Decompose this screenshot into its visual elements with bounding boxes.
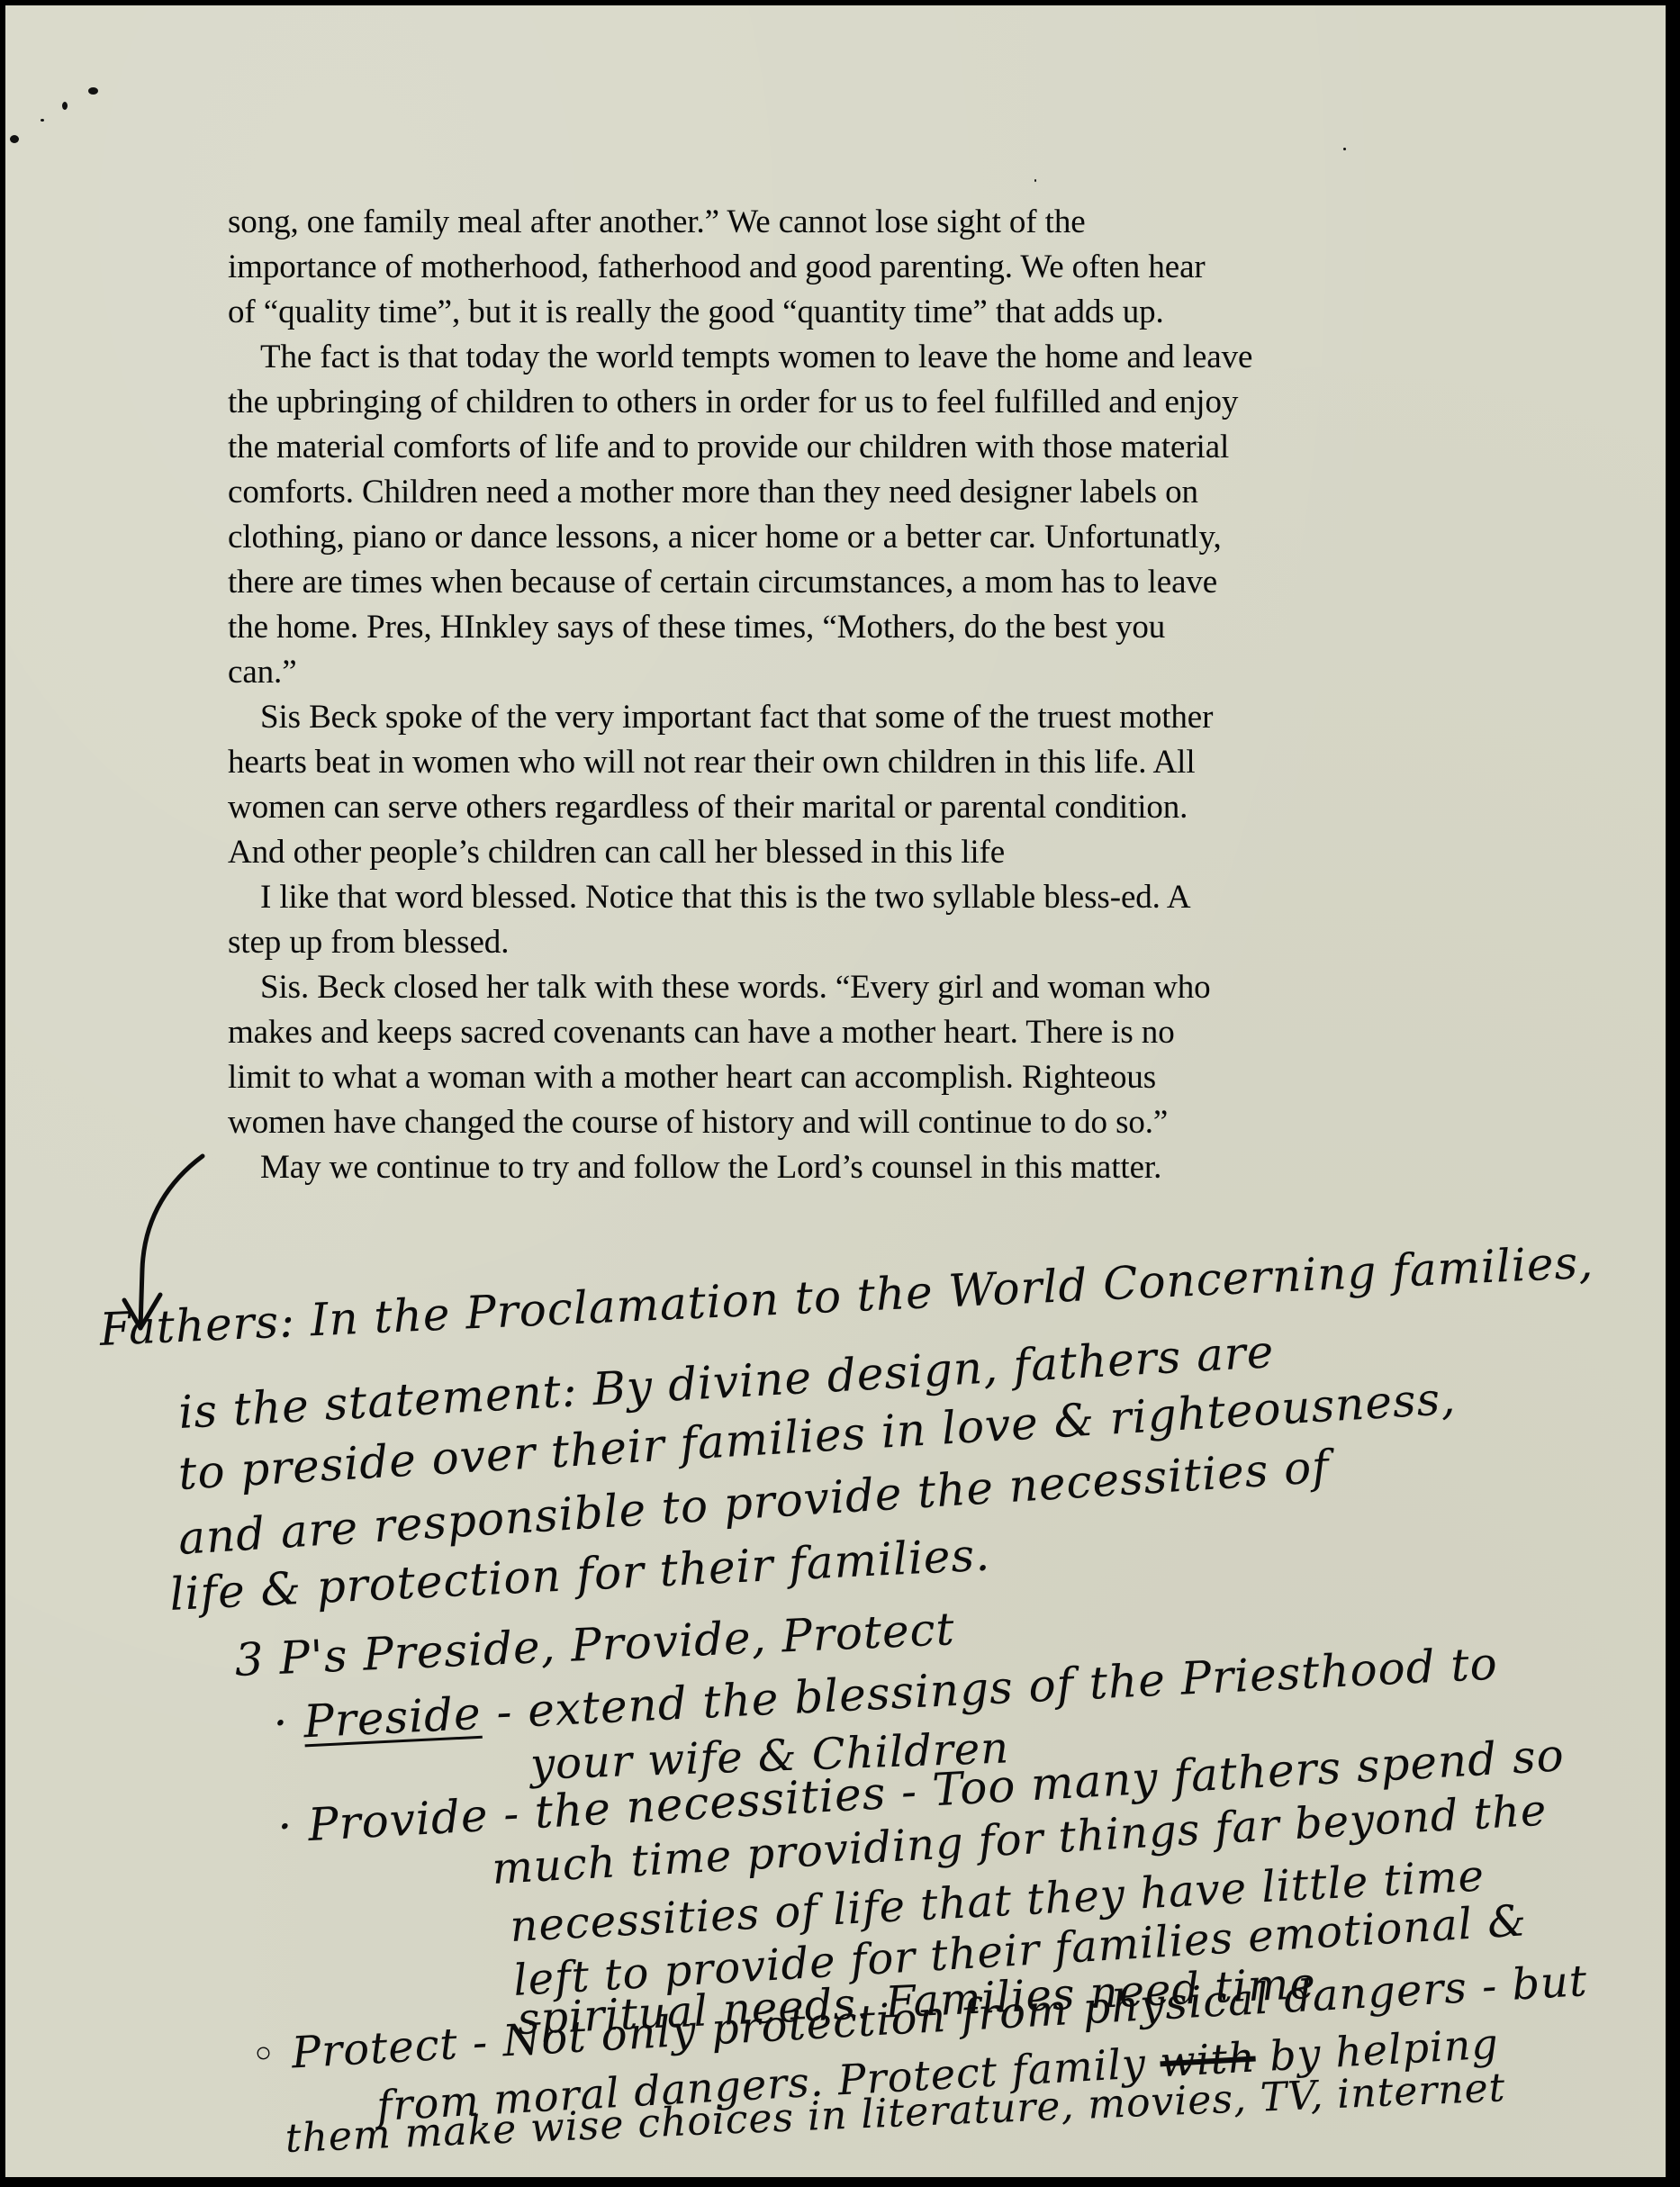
typed-line: can.”	[228, 650, 1252, 695]
typed-line: And other people’s children can call her…	[228, 830, 1252, 875]
typed-line: The fact is that today the world tempts …	[228, 335, 1252, 380]
typed-line: clothing, piano or dance lessons, a nice…	[228, 515, 1252, 560]
typed-line: Sis. Beck closed her talk with these wor…	[228, 965, 1252, 1010]
typed-line: limit to what a woman with a mother hear…	[228, 1055, 1252, 1100]
speck-mark	[1034, 179, 1036, 182]
typed-line: makes and keeps sacred covenants can hav…	[228, 1010, 1252, 1055]
typed-line: Sis Beck spoke of the very important fac…	[228, 695, 1252, 740]
typed-line: step up from blessed.	[228, 920, 1252, 965]
typed-line: there are times when because of certain …	[228, 560, 1252, 605]
bullet-dot: ·	[276, 1800, 294, 1853]
provide-label: Provide	[307, 1789, 490, 1851]
bullet-open-circle: ◦	[249, 2029, 278, 2081]
speck-mark	[1343, 148, 1346, 150]
typed-line: women can serve others regardless of the…	[228, 785, 1252, 830]
typed-line: May we continue to try and follow the Lo…	[228, 1145, 1252, 1190]
bullet-dot: ·	[272, 1696, 290, 1749]
typed-line: women have changed the course of history…	[228, 1100, 1252, 1145]
speck-mark	[62, 102, 68, 110]
typed-line: hearts beat in women who will not rear t…	[228, 740, 1252, 785]
typed-line: the upbringing of children to others in …	[228, 380, 1252, 425]
typed-line: the material comforts of life and to pro…	[228, 425, 1252, 470]
speck-mark	[10, 135, 19, 143]
typed-line: importance of motherhood, fatherhood and…	[228, 245, 1252, 290]
preside-label: Preside	[303, 1687, 483, 1749]
speck-mark	[88, 87, 98, 95]
typed-line: comforts. Children need a mother more th…	[228, 470, 1252, 515]
typed-body-text: song, one family meal after another.” We…	[228, 200, 1252, 1190]
typed-line: the home. Pres, HInkley says of these ti…	[228, 605, 1252, 650]
typed-line: song, one family meal after another.” We…	[228, 200, 1252, 245]
protect-label: Protect	[290, 2019, 459, 2078]
speck-mark	[41, 119, 44, 122]
typed-line: I like that word blessed. Notice that th…	[228, 875, 1252, 920]
typed-line: of “quality time”, but it is really the …	[228, 290, 1252, 335]
